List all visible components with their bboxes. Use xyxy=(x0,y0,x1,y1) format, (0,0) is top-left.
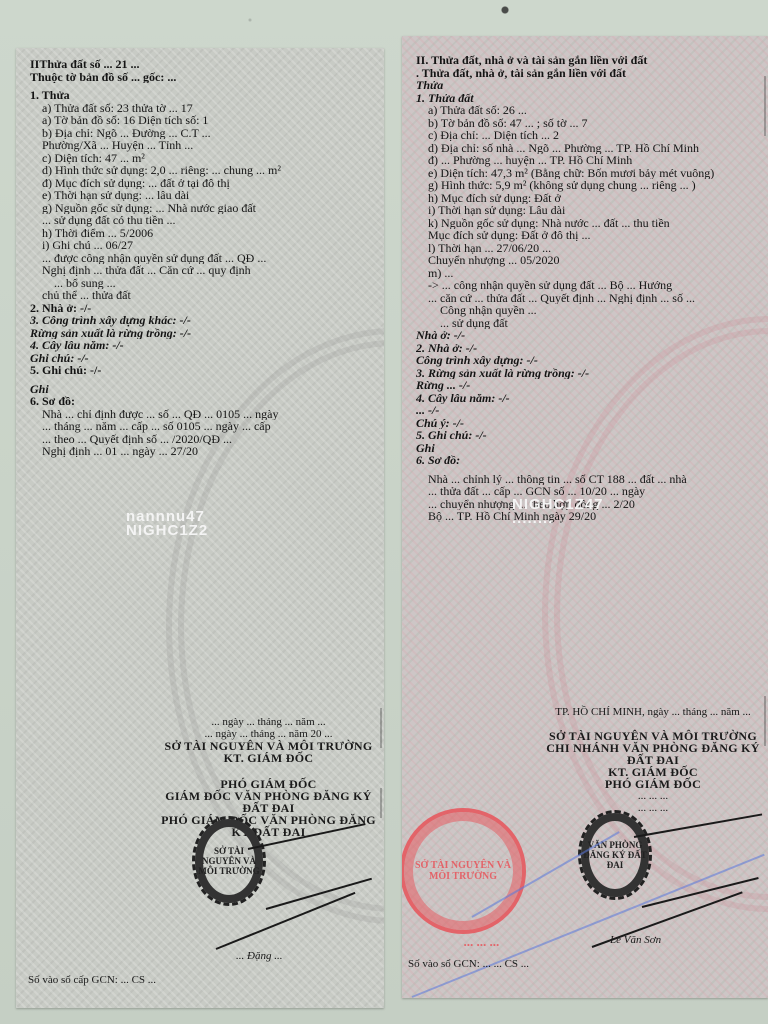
document-line: ... tháng ... năm ... cấp ... số 0105 ..… xyxy=(30,420,374,433)
document-line: 5. Ghi chú: -/- xyxy=(30,364,374,377)
document-line: chủ thể ... thửa đất xyxy=(30,289,374,302)
document-line: Phường/Xã ... Huyện ... Tỉnh ... xyxy=(30,139,374,152)
signature-date-line: ... ngày ... tháng ... năm ... xyxy=(156,716,381,728)
document-line: 4. Cây lâu năm: -/- xyxy=(416,392,758,405)
document-line: 1. Thửa xyxy=(30,89,374,102)
document-line: a) Thửa đất số: 26 ... xyxy=(416,104,758,117)
issuing-branch: CHI NHÁNH VĂN PHÒNG ĐĂNG KÝ ĐẤT ĐAI xyxy=(542,742,764,766)
official-name: Lê Văn Sơn xyxy=(610,934,661,946)
document-line: Ghi xyxy=(416,442,758,455)
red-official-seal: SỞ TÀI NGUYÊN VÀ MÔI TRƯỜNG xyxy=(402,808,526,934)
document-line: Thửa xyxy=(416,79,758,92)
document-line: 2. Nhà ở: -/- xyxy=(416,342,758,355)
official-seal-stamp: VĂN PHÒNG ĐĂNG KÝ ĐẤT ĐAI xyxy=(578,810,652,900)
signature-block: ... ngày ... tháng ... năm ... ... ngày … xyxy=(156,716,381,838)
certificate-page-left: IIThửa đất số ... 21 ... Thuộc tờ bản đồ… xyxy=(16,48,384,1008)
document-line: a) Thửa đất số: 23 thửa tờ ... 17 xyxy=(30,102,374,115)
right-header-line: II. Thửa đất, nhà ở và tài sản gắn liền … xyxy=(416,54,758,67)
certificate-serial-number: NIGHC1Z47 ........ xyxy=(512,498,604,526)
document-line: c) Diện tích: 47 ... m² xyxy=(30,152,374,165)
document-line: 4. Cây lâu năm: -/- xyxy=(30,339,374,352)
seal-text: SỞ TÀI NGUYÊN VÀ MÔI TRƯỜNG xyxy=(195,846,263,876)
document-line: Nhà ... chỉ định được ... số ... QĐ ... … xyxy=(30,408,374,421)
document-line: 3. Công trình xây dựng khác: -/- xyxy=(30,314,374,327)
document-line: k) Nguồn gốc sử dụng: Nhà nước ... đất .… xyxy=(416,217,758,230)
serial-line: ........ xyxy=(512,512,604,526)
document-line: e) Diện tích: 47,3 m² (Bằng chữ: Bốn mươ… xyxy=(416,167,758,180)
document-line: c) Địa chỉ: ... Diện tích ... 2 xyxy=(416,129,758,142)
page-edge-mark xyxy=(764,76,766,136)
document-line: h) Mục đích sử dụng: Đất ở xyxy=(416,192,758,205)
document-line: Công nhận quyền ... xyxy=(416,304,758,317)
signer-title: PHÓ GIÁM ĐỐC xyxy=(542,778,764,790)
document-line: d) Địa chỉ: số nhà ... Ngõ ... Phường ..… xyxy=(416,142,758,155)
spacer xyxy=(156,764,381,778)
document-line: ... sử dụng đất có thu tiền ... xyxy=(30,214,374,227)
page-edge-mark xyxy=(380,788,382,818)
left-header-line: Thuộc tờ bản đồ số ... gốc: ... xyxy=(30,71,374,84)
red-seal-text: SỞ TÀI NGUYÊN VÀ MÔI TRƯỜNG xyxy=(404,860,522,882)
official-seal-stamp: SỞ TÀI NGUYÊN VÀ MÔI TRƯỜNG xyxy=(192,816,266,906)
red-signature: ... ... ... xyxy=(464,934,500,950)
document-line: 6. Sơ đồ: xyxy=(416,454,758,467)
registry-entry-number: CS ... xyxy=(132,974,156,986)
document-line: ... -/- xyxy=(416,404,758,417)
document-line: 1. Thửa đất xyxy=(416,92,758,105)
signer-title: KT. GIÁM ĐỐC xyxy=(156,752,381,764)
document-line: ... bổ sung ... xyxy=(30,277,374,290)
signature-date-line: TP. HỒ CHÍ MINH, ngày ... tháng ... năm … xyxy=(542,706,764,718)
document-line: e) Thời hạn sử dụng: ... lâu dài xyxy=(30,189,374,202)
certificate-serial-number: nannnu47 NIGHC1Z2 xyxy=(126,510,208,538)
page-edge-mark xyxy=(380,708,382,748)
document-line: Nhà ... chỉnh lý ... thông tin ... số CT… xyxy=(416,473,758,486)
document-line: Nghị định ... thửa đất ... Căn cứ ... qu… xyxy=(30,264,374,277)
document-line: i) Thời hạn sử dụng: Lâu dài xyxy=(416,204,758,217)
registry-entry-label: Số vào sổ GCN: xyxy=(408,958,480,970)
document-line: Nhà ở: -/- xyxy=(416,329,758,342)
signature-note: ... ... ... xyxy=(542,802,764,814)
document-line: m) ... xyxy=(416,267,758,280)
document-line: 2. Nhà ở: -/- xyxy=(30,302,374,315)
document-line: i) Ghi chú ... 06/27 xyxy=(30,239,374,252)
certificate-page-right: II. Thửa đất, nhà ở và tài sản gắn liền … xyxy=(402,36,768,998)
left-page-lines: 1. Thửaa) Thửa đất số: 23 thửa tờ ... 17… xyxy=(30,89,374,458)
right-page-lines: Thửa1. Thửa đấta) Thửa đất số: 26 ...b) … xyxy=(416,79,758,523)
document-line: b) Địa chỉ: Ngõ ... Đường ... C.T ... xyxy=(30,127,374,140)
document-line: đ) ... Phường ... huyện ... TP. Hồ Chí M… xyxy=(416,154,758,167)
left-header-line: IIThửa đất số ... 21 ... xyxy=(30,58,374,71)
serial-line: NIGHC1Z2 xyxy=(126,524,208,538)
signature-block: TP. HỒ CHÍ MINH, ngày ... tháng ... năm … xyxy=(542,706,764,814)
document-line: Mục đích sử dụng: Đất ở đô thị ... xyxy=(416,229,758,242)
right-page-content: II. Thửa đất, nhà ở và tài sản gắn liền … xyxy=(416,54,758,523)
registry-entry: Số vào sổ cấp GCN: ... CS ... xyxy=(28,974,156,986)
document-line: Ghi chú: -/- xyxy=(30,352,374,365)
document-line: Ghi xyxy=(30,383,374,396)
document-line: đ) Mục đích sử dụng: ... đất ở tại đô th… xyxy=(30,177,374,190)
document-line: Rừng sản xuất là rừng trồng: -/- xyxy=(30,327,374,340)
page-edge-mark xyxy=(764,696,766,746)
signer-title: GIÁM ĐỐC VĂN PHÒNG ĐĂNG KÝ ĐẤT ĐAI xyxy=(156,790,381,814)
document-line: h) Thời điểm ... 5/2006 xyxy=(30,227,374,240)
right-header-line: . Thửa đất, nhà ở, tài sản gắn liền với … xyxy=(416,67,758,80)
document-line: ... sử dụng đất xyxy=(416,317,758,330)
registry-entry-label: Số vào sổ cấp GCN: ... xyxy=(28,974,129,986)
document-line: 3. Rừng sản xuất là rừng trồng: -/- xyxy=(416,367,758,380)
document-line: 5. Ghi chú: -/- xyxy=(416,429,758,442)
document-line: g) Nguồn gốc sử dụng: ... Nhà nước giao … xyxy=(30,202,374,215)
official-name: ... Đặng ... xyxy=(236,950,282,962)
document-line: b) Tờ bản đồ số: 47 ... ; số tờ ... 7 xyxy=(416,117,758,130)
document-line: ... theo ... Quyết định số ... /2020/QĐ … xyxy=(30,433,374,446)
document-line: l) Thời hạn ... 27/06/20 ... xyxy=(416,242,758,255)
document-line: Nghị định ... 01 ... ngày ... 27/20 xyxy=(30,445,374,458)
document-line: Công trình xây dựng: -/- xyxy=(416,354,758,367)
document-line: Rừng ... -/- xyxy=(416,379,758,392)
document-line: ... được công nhận quyền sử dụng đất ...… xyxy=(30,252,374,265)
registry-entry: Số vào sổ GCN: ... ... CS ... xyxy=(408,958,529,970)
signature-note: ... ... ... xyxy=(542,790,764,802)
document-line: 6. Sơ đồ: xyxy=(30,395,374,408)
document-line: Chuyển nhượng ... 05/2020 xyxy=(416,254,758,267)
document-line: Chú ý: -/- xyxy=(416,417,758,430)
document-line: d) Hình thức sử dụng: 2,0 ... riêng: ...… xyxy=(30,164,374,177)
seal-text: VĂN PHÒNG ĐĂNG KÝ ĐẤT ĐAI xyxy=(581,840,649,870)
registry-entry-number: ... ... CS ... xyxy=(483,958,529,970)
document-line: a) Tờ bản đồ số: 16 Diện tích số: 1 xyxy=(30,114,374,127)
left-page-content: IIThửa đất số ... 21 ... Thuộc tờ bản đồ… xyxy=(30,58,374,458)
document-line: -> ... công nhận quyền sử dụng đất ... B… xyxy=(416,279,758,292)
document-line: ... căn cứ ... thửa đất ... Quyết định .… xyxy=(416,292,758,305)
document-line: g) Hình thức: 5,9 m² (không sử dụng chun… xyxy=(416,179,758,192)
